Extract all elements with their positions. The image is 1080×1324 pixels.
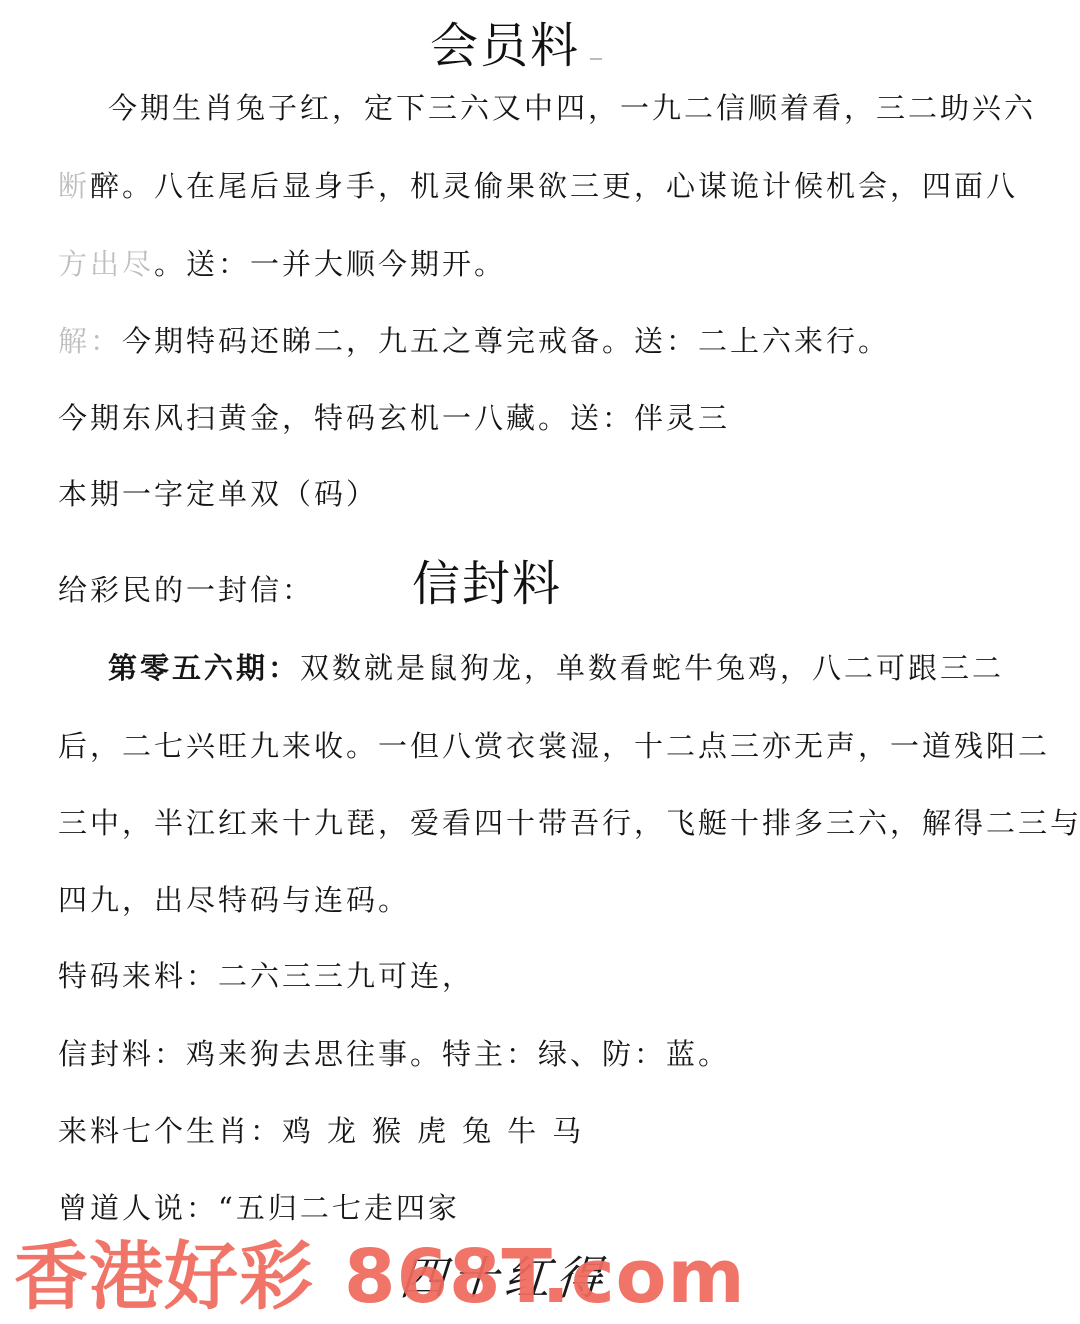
title-dash-mark [590,58,602,60]
member-section-title: 会员料 [430,18,580,74]
taoist-saying-line: 曾道人说：“五归二七走四家 [58,1188,460,1228]
document-page: 会员料 今期生肖兔子红，定下三六又中四，一九二信顺着看，三二助兴六 断醉。八在尾… [0,0,1080,1324]
envelope-clue-line: 信封料：鸡来狗去思往事。特主：绿、防：蓝。 [58,1034,730,1074]
member-line-4-text: 今期特码还睇二，九五之尊完戒备。送：二上六来行。 [122,324,890,358]
zodiac-item: 龙 [327,1114,372,1148]
seven-zodiacs-line: 来料七个生肖：鸡龙猴虎兔牛马 [58,1111,597,1151]
seven-zodiacs-label: 来料七个生肖： [58,1114,282,1148]
member-line-2: 断醉。八在尾后显身手，机灵偷果欲三更，心谋诡计候机会，四面八 [58,166,1018,206]
member-line-6: 本期一字定单双（码） [58,474,378,514]
degraded-prefix: 解： [58,324,122,358]
poem-line-2: 后，二七兴旺九来收。一但八赏衣裳湿，十二点三亦无声，一道残阳二 [58,726,1050,766]
member-line-2-text: 醉。八在尾后显身手，机灵偷果欲三更，心谋诡计候机会，四面八 [90,169,1018,203]
member-line-4: 解：今期特码还睇二，九五之尊完戒备。送：二上六来行。 [58,321,890,361]
degraded-prefix: 断 [58,169,90,203]
poem-line-1-text: 双数就是鼠狗龙，单数看蛇牛兔鸡，八二可跟三二 [300,651,1004,685]
degraded-prefix: 方出尽 [58,247,154,281]
poem-line-3: 三中，半江红来十九琵，爱看四十带吾行，飞艇十排多三六，解得二三与 [58,803,1080,843]
member-line-1: 今期生肖兔子红，定下三六又中四，一九二信顺着看，三二助兴六 [108,88,1036,128]
poem-line-1: 第零五六期：双数就是鼠狗龙，单数看蛇牛兔鸡，八二可跟三二 [108,648,1004,688]
special-numbers-line: 特码来料：二六三三九可连， [58,956,474,996]
letter-label: 给彩民的一封信： [58,570,314,610]
member-line-3: 方出尽。送：一并大顺今期开。 [58,244,506,284]
watermark: 香港好彩868T.com [14,1232,746,1322]
period-label: 第零五六期： [108,651,300,685]
zodiac-item: 虎 [417,1114,462,1148]
envelope-section-title: 信封料 [412,556,562,612]
member-line-5: 今期东风扫黄金，特码玄机一八藏。送：伴灵三 [58,398,730,438]
poem-line-4: 四九，出尽特码与连码。 [58,880,410,920]
zodiac-item: 猴 [372,1114,417,1148]
zodiac-item: 牛 [507,1114,552,1148]
watermark-brand: 香港好彩 [14,1234,314,1320]
watermark-domain: 868T.com [344,1234,746,1320]
zodiac-list: 鸡龙猴虎兔牛马 [282,1114,597,1148]
member-line-3-text: 。送：一并大顺今期开。 [154,247,506,281]
zodiac-item: 鸡 [282,1114,327,1148]
zodiac-item: 马 [552,1114,597,1148]
zodiac-item: 兔 [462,1114,507,1148]
